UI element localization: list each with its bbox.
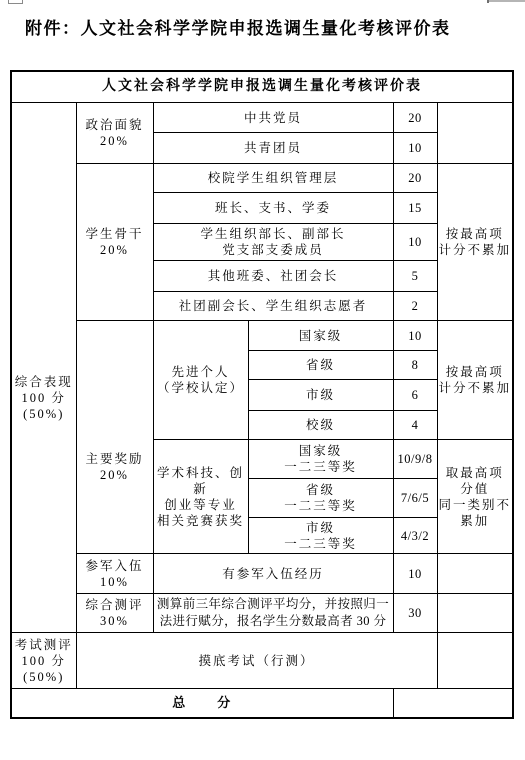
cell-score: 20 [393,164,437,193]
cell-assessment-description: 测算前三年综合测评平均分，并按照归一 法进行赋分，报名学生分数最高者 30 分 [153,594,393,633]
cell-note-political-empty [437,103,513,164]
cell-note-military-empty [437,554,513,594]
table-row: 主要奖励 20% 先进个人 （学校认定） 国家级 10 按最高项 计分不累加 [11,321,513,351]
level-line: 省级 [250,482,392,498]
level-line: 一二三等奖 [250,459,392,475]
cell-category-cadre: 学生骨干 20% [76,164,153,321]
table-row: 学生骨干 20% 校院学生组织管理层 20 按最高项 计分不累加 [11,164,513,193]
category-name: 学生骨干 [78,226,152,242]
label-line: 相关竞赛获奖 [155,513,247,529]
attachment-header: 附件：人文社会科学学院申报选调生量化考核评价表 [25,14,451,39]
cell-exam-item: 摸底考试（行测） [76,633,437,689]
evaluation-table: 人文社会科学学院申报选调生量化考核评价表 综合表现 100 分 (50%) 政治… [10,70,514,719]
desc-line: 测算前三年综合测评平均分，并按照归一 [155,596,392,613]
cell-category-awards: 主要奖励 20% [76,321,153,554]
level-line: 国家级 [250,443,392,459]
cell-score: 20 [393,103,437,133]
cell-note-advanced: 按最高项 计分不累加 [437,321,513,440]
item-line: 党支部支委成员 [155,242,392,258]
note-line: 按最高项 [439,364,512,380]
item-line: 学生组织部长、副部长 [155,226,392,242]
label-line: 学术科技、创 新 [155,465,247,497]
cell-level: 省级 [248,351,393,380]
note-line: 计分不累加 [439,242,512,258]
category-name: 参军入伍 [78,558,152,574]
category-weight: 10% [78,574,152,590]
label-line: 100 分 [13,653,75,669]
cell-category-political: 政治面貌 20% [76,103,153,164]
label-line: 创业等专业 [155,497,247,513]
table-title: 人文社会科学学院申报选调生量化考核评价表 [11,71,513,103]
table-row: 考试测评 100 分 (50%) 摸底考试（行测） [11,633,513,689]
cell-note-cadre: 按最高项 计分不累加 [437,164,513,321]
category-weight: 20% [78,242,152,258]
cell-score: 7/6/5 [393,479,437,518]
cell-score: 4 [393,411,437,440]
cell-total-score-empty [393,689,513,719]
category-name: 主要奖励 [78,451,152,467]
label-line: (50%) [13,669,75,685]
category-weight: 20% [78,133,152,149]
cell-item: 班长、支书、学委 [153,193,393,224]
cell-competition-label: 学术科技、创 新 创业等专业 相关竞赛获奖 [153,440,248,554]
cell-score: 10 [393,321,437,351]
cell-level: 国家级 [248,321,393,351]
note-line: 计分不累加 [439,380,512,396]
desc-line: 法进行赋分，报名学生分数最高者 30 分 [155,613,392,630]
cell-item: 校院学生组织管理层 [153,164,393,193]
cell-note-assessment-empty [437,594,513,633]
cell-score: 30 [393,594,437,633]
cell-score: 10 [393,133,437,164]
cell-score: 2 [393,292,437,321]
table-row: 综合表现 100 分 (50%) 政治面貌 20% 中共党员 20 [11,103,513,133]
note-line: 同一类别不 [439,497,512,513]
cell-score: 6 [393,380,437,411]
cell-score: 4/3/2 [393,518,437,554]
cell-level: 市级 一二三等奖 [248,518,393,554]
label-line: 先进个人 [155,364,247,380]
label-line: 100 分 [13,390,75,406]
cell-item: 有参军入伍经历 [153,554,393,594]
cell-total-label: 总 分 [11,689,393,719]
label-line: 综合表现 [13,374,75,390]
note-line: 累加 [439,513,512,529]
cell-category-assessment: 综合测评 30% [76,594,153,633]
note-line: 按最高项 [439,226,512,242]
table-row: 总 分 [11,689,513,719]
cell-score: 10 [393,554,437,594]
cell-score: 5 [393,261,437,292]
cell-score: 10/9/8 [393,440,437,479]
level-line: 市级 [250,520,392,536]
category-weight: 20% [78,467,152,483]
note-line: 分值 [439,481,512,497]
cell-level: 国家级 一二三等奖 [248,440,393,479]
label-line: （学校认定） [155,380,247,396]
cell-score: 8 [393,351,437,380]
table-row: 综合测评 30% 测算前三年综合测评平均分，并按照归一 法进行赋分，报名学生分数… [11,594,513,633]
evaluation-table-container: 人文社会科学学院申报选调生量化考核评价表 综合表现 100 分 (50%) 政治… [10,70,514,719]
category-name: 政治面貌 [78,117,152,133]
category-weight: 30% [78,613,152,629]
cell-level: 校级 [248,411,393,440]
cell-level: 市级 [248,380,393,411]
cell-level: 省级 一二三等奖 [248,479,393,518]
cell-exam-score-empty [437,633,513,689]
category-name: 综合测评 [78,597,152,613]
level-line: 一二三等奖 [250,536,392,552]
cell-item: 社团副会长、学生组织志愿者 [153,292,393,321]
note-line: 取最高项 [439,465,512,481]
cell-comprehensive-label: 综合表现 100 分 (50%) [11,103,76,633]
cell-score: 15 [393,193,437,224]
cell-exam-label: 考试测评 100 分 (50%) [11,633,76,689]
cell-item: 其他班委、社团会长 [153,261,393,292]
cell-note-competition: 取最高项 分值 同一类别不 累加 [437,440,513,554]
cropped-ui-fragment-top-left [8,0,23,4]
level-line: 一二三等奖 [250,498,392,514]
label-line: (50%) [13,406,75,422]
cell-item: 学生组织部长、副部长 党支部支委成员 [153,224,393,261]
cell-category-military: 参军入伍 10% [76,554,153,594]
cropped-ui-fragment-top-right [487,0,525,2]
label-line: 考试测评 [13,637,75,653]
document-page: { "page": { "attachment_header": "附件：人文社… [0,0,525,760]
table-row: 参军入伍 10% 有参军入伍经历 10 [11,554,513,594]
cell-item: 共青团员 [153,133,393,164]
cell-item: 中共党员 [153,103,393,133]
cell-advanced-individual-label: 先进个人 （学校认定） [153,321,248,440]
cell-score: 10 [393,224,437,261]
table-title-row: 人文社会科学学院申报选调生量化考核评价表 [11,71,513,103]
